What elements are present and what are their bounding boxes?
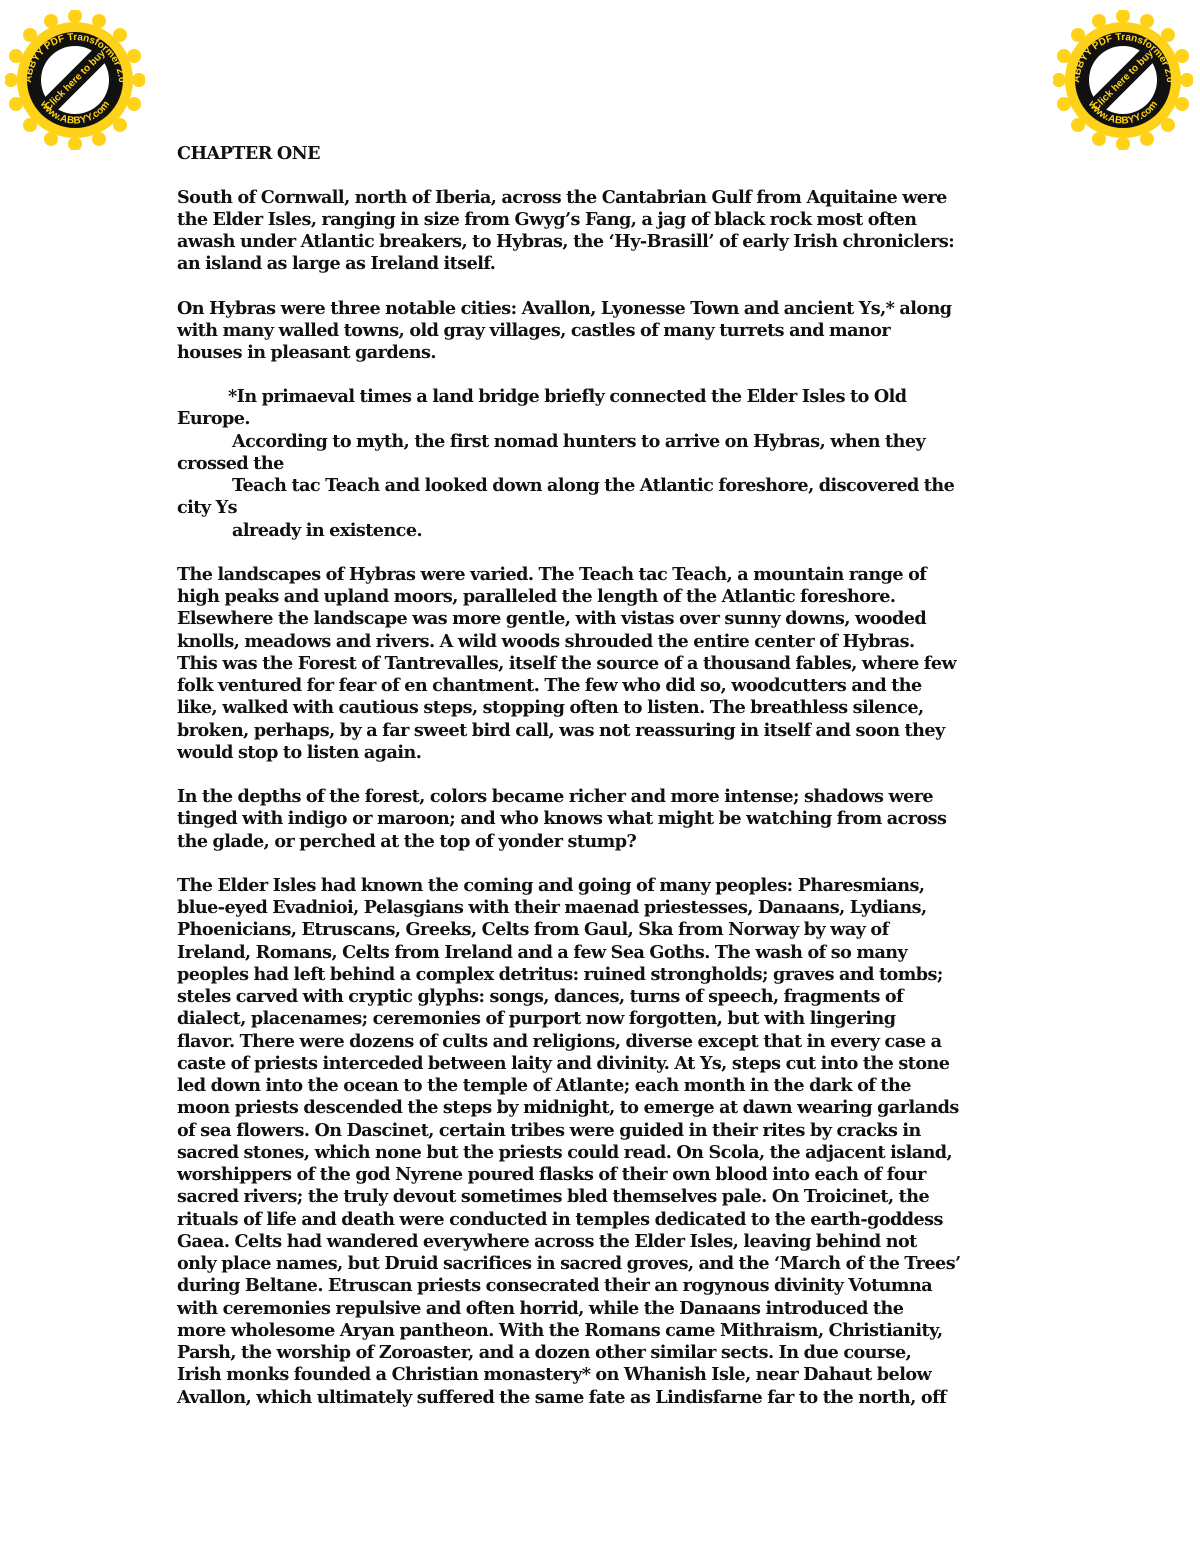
text-line: worshippers of the god Nyrene poured fla… — [177, 1164, 926, 1186]
text-line: the Elder Isles, ranging in size from Gw… — [177, 209, 916, 231]
text-line: moon priests descended the steps by midn… — [177, 1097, 959, 1119]
text-line: sacred stones, which none but the priest… — [177, 1142, 952, 1164]
text-line: would stop to listen again. — [177, 742, 421, 764]
text-line: rituals of life and death were conducted… — [177, 1209, 943, 1231]
text-line: Ireland, Romans, Celts from Ireland and … — [177, 942, 907, 964]
text-line: sacred rivers; the truly devout sometime… — [177, 1186, 929, 1208]
text-line: flavor. There were dozens of cults and r… — [177, 1031, 941, 1053]
text-line: folk ventured for fear of en chantment. … — [177, 675, 922, 697]
text-line: Phoenicians, Etruscans, Greeks, Celts fr… — [177, 919, 889, 941]
text-line: Parsh, the worship of Zoroaster, and a d… — [177, 1342, 911, 1364]
text-line: like, walked with cautious steps, stoppi… — [177, 697, 924, 719]
footnote-line: crossed the — [177, 453, 284, 475]
text-line: during Beltane. Etruscan priests consecr… — [177, 1275, 932, 1297]
text-line: On Hybras were three notable cities: Ava… — [177, 298, 952, 320]
text-line: with ceremonies repulsive and often horr… — [177, 1298, 903, 1320]
text-line: tinged with indigo or maroon; and who kn… — [177, 808, 946, 830]
footnote-line: *In primaeval times a land bridge briefl… — [228, 386, 907, 408]
text-line: Avallon, which ultimately suffered the s… — [177, 1387, 946, 1409]
abbyy-seal-icon: ABBYY PDF Transformer 2.0 www.ABBYY.com … — [5, 10, 145, 150]
text-line: more wholesome Aryan pantheon. With the … — [177, 1320, 943, 1342]
footnote-line: Europe. — [177, 408, 250, 430]
text-line: broken, perhaps, by a far sweet bird cal… — [177, 720, 945, 742]
text-line: the glade, or perched at the top of yond… — [177, 831, 636, 853]
text-line: only place names, but Druid sacrifices i… — [177, 1253, 961, 1275]
text-line: with many walled towns, old gray village… — [177, 320, 890, 342]
footnote-line: city Ys — [177, 497, 237, 519]
text-line: This was the Forest of Tantrevalles, its… — [177, 653, 956, 675]
text-line: Elsewhere the landscape was more gentle,… — [177, 608, 926, 630]
text-line: South of Cornwall, north of Iberia, acro… — [177, 187, 947, 209]
footnote-line: According to myth, the first nomad hunte… — [232, 431, 925, 453]
text-line: The landscapes of Hybras were varied. Th… — [177, 564, 926, 586]
chapter-title: CHAPTER ONE — [177, 143, 320, 165]
text-line: Gaea. Celts had wandered everywhere acro… — [177, 1231, 917, 1253]
footnote-line: already in existence. — [232, 520, 422, 542]
text-line: Irish monks founded a Christian monaster… — [177, 1364, 931, 1386]
text-line: dialect, placenames; ceremonies of purpo… — [177, 1008, 895, 1030]
text-line: blue-eyed Evadnioi, Pelasgians with thei… — [177, 897, 927, 919]
text-line: steles carved with cryptic glyphs: songs… — [177, 986, 903, 1008]
text-line: an island as large as Ireland itself. — [177, 253, 495, 275]
text-line: of sea flowers. On Dascinet, certain tri… — [177, 1120, 921, 1142]
text-line: led down into the ocean to the temple of… — [177, 1075, 911, 1097]
text-line: houses in pleasant gardens. — [177, 342, 436, 364]
footnote-line: Teach tac Teach and looked down along th… — [232, 475, 954, 497]
text-line: The Elder Isles had known the coming and… — [177, 875, 924, 897]
text-line: In the depths of the forest, colors beca… — [177, 786, 933, 808]
text-line: high peaks and upland moors, paralleled … — [177, 586, 895, 608]
abbyy-buy-badge-right[interactable]: ABBYY PDF Transformer 2.0 www.ABBYY.com … — [1053, 10, 1193, 150]
text-line: knolls, meadows and rivers. A wild woods… — [177, 631, 915, 653]
abbyy-buy-badge-left[interactable]: ABBYY PDF Transformer 2.0 www.ABBYY.com … — [5, 10, 145, 150]
text-line: caste of priests interceded between lait… — [177, 1053, 949, 1075]
text-line: peoples had left behind a complex detrit… — [177, 964, 943, 986]
abbyy-seal-icon: ABBYY PDF Transformer 2.0 www.ABBYY.com … — [1053, 10, 1193, 150]
text-line: awash under Atlantic breakers, to Hybras… — [177, 231, 954, 253]
